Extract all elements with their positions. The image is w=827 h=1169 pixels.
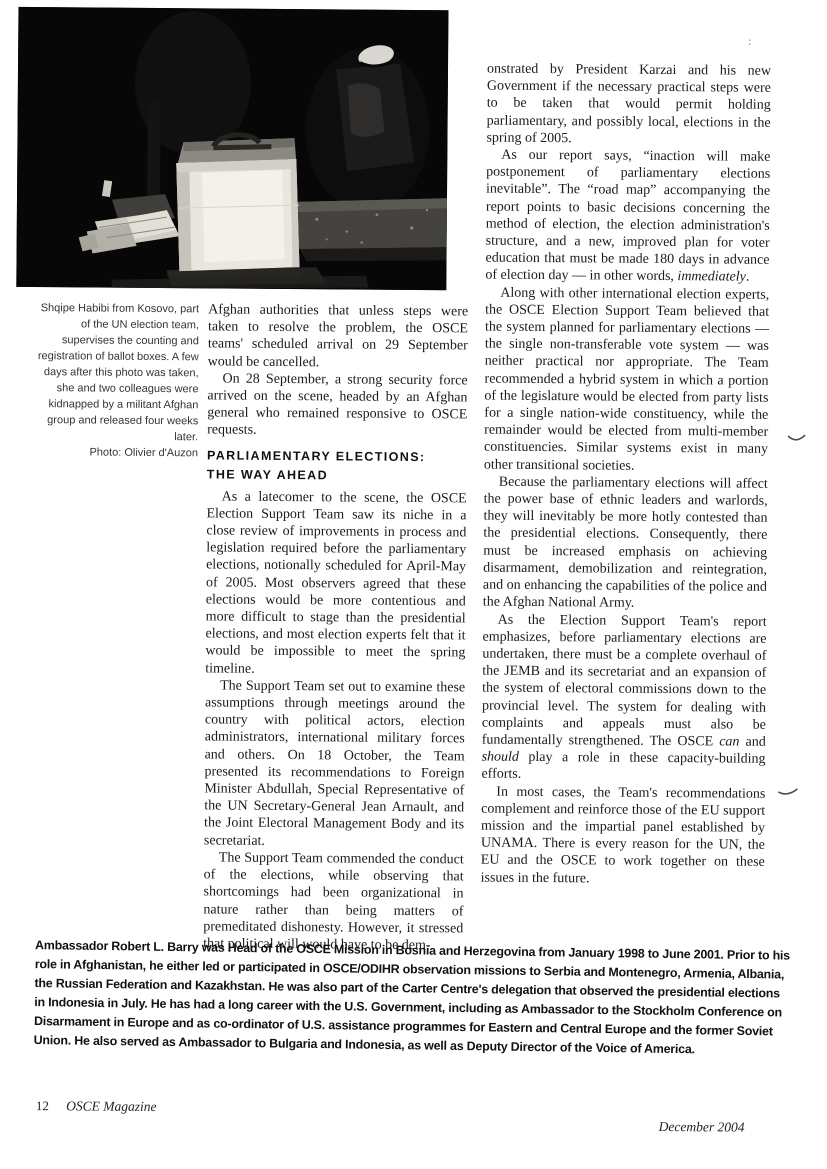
section-heading: PARLIAMENTARY ELECTIONS: THE WAY AHEAD [207, 446, 467, 486]
paragraph-text: As our report says, “inaction will make … [485, 148, 770, 285]
paragraph-text: As the Election Support Team's report em… [482, 612, 767, 749]
italic-word: immediately [677, 270, 746, 286]
scan-speck-icon: : [748, 36, 751, 48]
margin-squiggle-icon [787, 433, 807, 445]
paragraph: Because the parliamentary elections will… [483, 473, 768, 613]
paragraph-text: and [739, 735, 765, 750]
photo-caption: Shqipe Habibi from Kosovo, part of the U… [31, 300, 199, 461]
footer-left: 12 OSCE Magazine [36, 1098, 157, 1115]
paragraph: Afghan authorities that unless steps wer… [208, 301, 469, 372]
paragraph-text: play a role in these capacity-building e… [481, 750, 765, 782]
magazine-title: OSCE Magazine [66, 1098, 156, 1114]
paragraph: As our report says, “inaction will make … [485, 147, 770, 287]
magazine-page: Shqipe Habibi from Kosovo, part of the U… [0, 0, 827, 1169]
photo-caption-text: Shqipe Habibi from Kosovo, part of the U… [38, 302, 199, 443]
paragraph: The Support Team set out to examine thes… [204, 677, 465, 851]
paragraph: Along with other international election … [484, 284, 769, 475]
paragraph: As the Election Support Team's report em… [481, 611, 766, 785]
section-heading-line2: THE WAY AHEAD [207, 467, 328, 482]
photo-credit: Photo: Olivier d'Auzon [31, 444, 198, 461]
paragraph: As a latecomer to the scene, the OSCE El… [205, 488, 466, 679]
ballot-box-photo-art [16, 7, 448, 290]
article-column-right: onstrated by President Karzai and his ne… [481, 61, 771, 889]
section-heading-line1: PARLIAMENTARY ELECTIONS: [207, 448, 426, 464]
ballot-box-photo [16, 7, 448, 290]
footer-issue-date: December 2004 [659, 1119, 745, 1136]
author-bio: Ambassador Robert L. Barry was Head of t… [34, 936, 793, 1061]
italic-word: can [719, 734, 739, 749]
paragraph-text: . [746, 270, 750, 285]
margin-squiggle-icon [777, 786, 799, 798]
article-column-middle: Afghan authorities that unless steps wer… [203, 301, 468, 954]
paragraph: onstrated by President Karzai and his ne… [486, 61, 771, 149]
page-number: 12 [36, 1098, 49, 1113]
paragraph: On 28 September, a strong security force… [207, 370, 468, 441]
paragraph: In most cases, the Team's recommendation… [481, 783, 766, 888]
italic-word: should [482, 750, 519, 765]
